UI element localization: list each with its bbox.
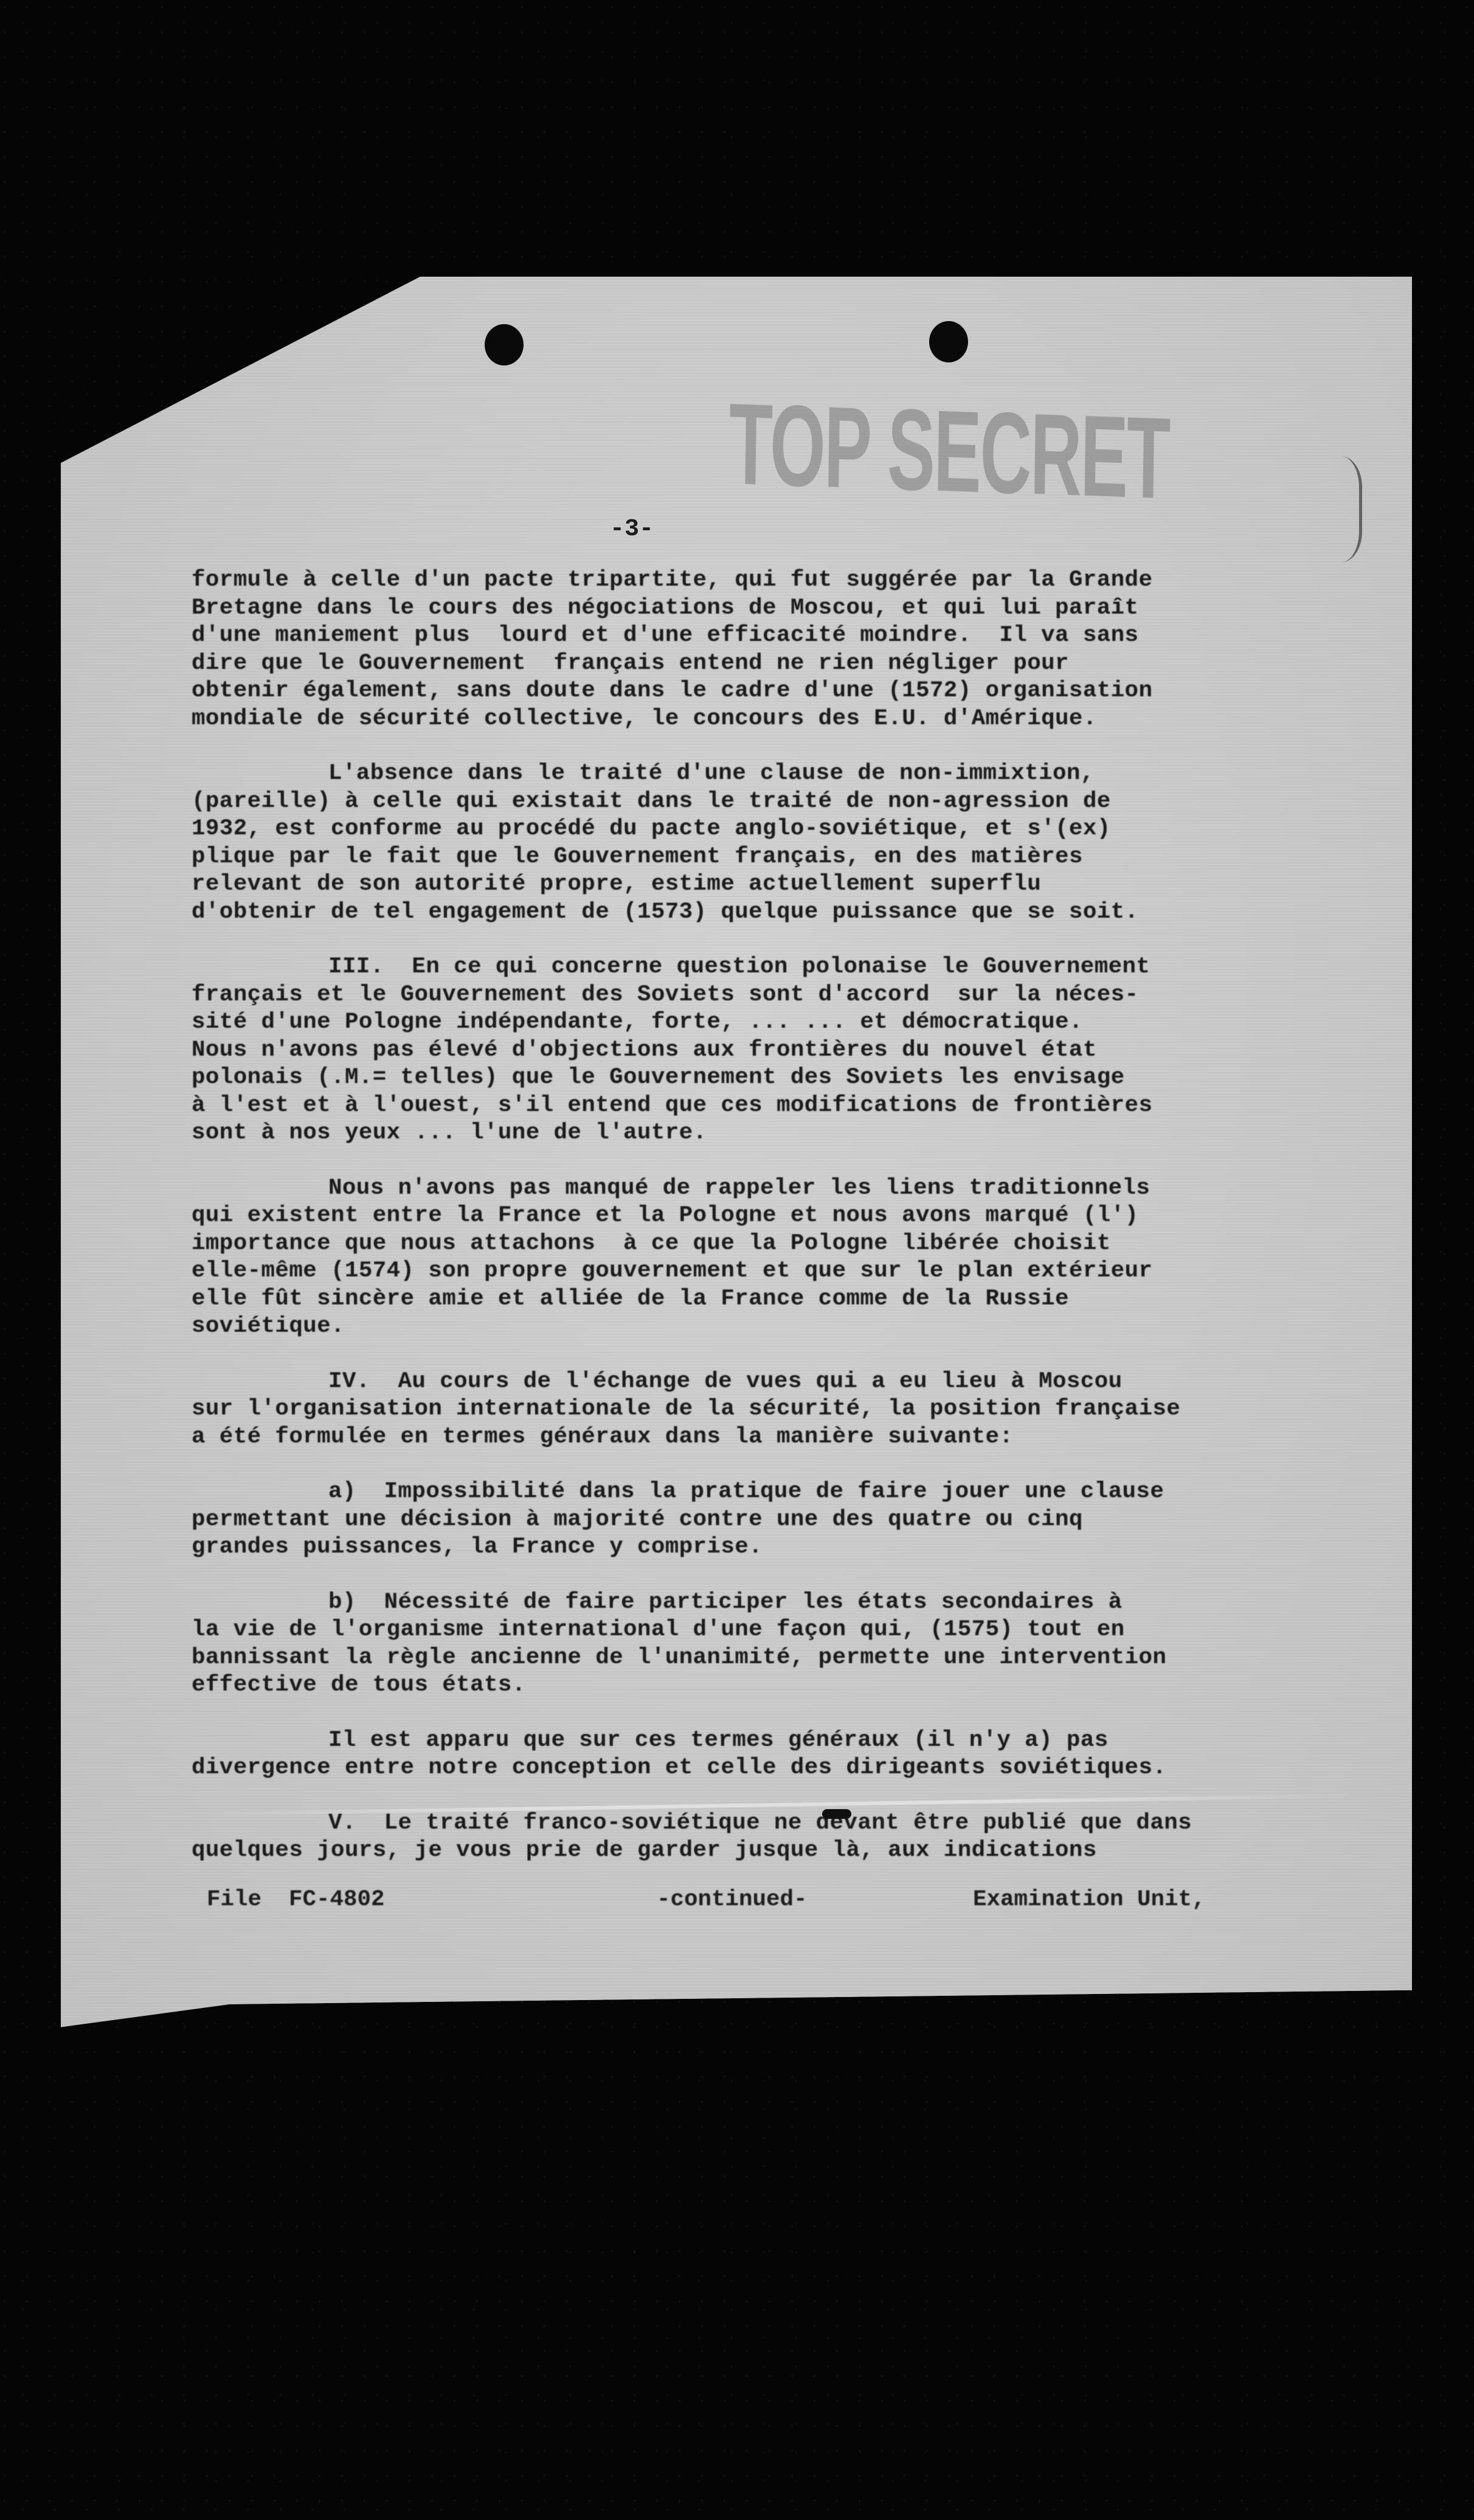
text-line: plique par le fait que le Gouvernement f…: [192, 843, 1383, 871]
document-footer: File FC-4802 -continued- Examination Uni…: [207, 1887, 1362, 2015]
paragraph-section-IV: IV. Au cours de l'échange de vues qui a …: [192, 1368, 1383, 1452]
text-line: IV. Au cours de l'échange de vues qui a …: [192, 1368, 1383, 1396]
text-line: relevant de son autorité propre, estime …: [192, 871, 1383, 899]
text-line: français et le Gouvernement des Soviets …: [192, 981, 1383, 1009]
paragraph-non-immixtion: L'absence dans le traité d'une clause de…: [192, 760, 1383, 926]
paragraph-continuation: formule à celle d'un pacte tripartite, q…: [192, 567, 1383, 733]
text-line: obtenir également, sans doute dans le ca…: [192, 677, 1383, 705]
text-line: qui existent entre la France et la Polog…: [192, 1202, 1383, 1230]
text-line: Nous n'avons pas manqué de rappeler les …: [192, 1175, 1383, 1203]
text-line: effective de tous états.: [192, 1672, 1383, 1700]
paragraph-section-III: III. En ce qui concerne question polonai…: [192, 954, 1383, 1147]
text-line: divergence entre notre conception et cel…: [192, 1754, 1383, 1782]
text-line: dire que le Gouvernement français entend…: [192, 650, 1383, 678]
text-line: d'obtenir de tel engagement de (1573) qu…: [192, 899, 1383, 927]
text-line: elle fût sincère amie et alliée de la Fr…: [192, 1286, 1383, 1314]
text-line: elle-même (1574) son propre gouvernement…: [192, 1258, 1383, 1286]
examination-unit: Examination Unit,: [973, 1887, 1206, 1912]
paragraph-item-b: b) Nécessité de faire participer les éta…: [192, 1589, 1383, 1700]
text-line: bannissant la règle ancienne de l'unanim…: [192, 1644, 1383, 1672]
text-line: Nous n'avons pas élevé d'objections aux …: [192, 1037, 1383, 1065]
text-line: a) Impossibilité dans la pratique de fai…: [192, 1478, 1383, 1506]
file-label: File: [207, 1887, 261, 1912]
paragraph-section-V: V. Le traité franco-soviétique ne devant…: [192, 1810, 1383, 1865]
text-line: V. Le traité franco-soviétique ne devant…: [192, 1810, 1383, 1838]
text-line: formule à celle d'un pacte tripartite, q…: [192, 567, 1383, 595]
classification-stamp: TOP SECRET: [728, 386, 1170, 516]
text-line: sur l'organisation internationale de la …: [192, 1396, 1383, 1424]
text-line: polonais (.M.= telles) que le Gouverneme…: [192, 1064, 1383, 1092]
paragraph-item-a: a) Impossibilité dans la pratique de fai…: [192, 1478, 1383, 1562]
text-line: importance que nous attachons à ce que l…: [192, 1230, 1383, 1258]
text-line: a été formulée en termes généraux dans l…: [192, 1424, 1383, 1452]
text-line: L'absence dans le traité d'une clause de…: [192, 760, 1383, 788]
margin-bracket-mark: [1341, 456, 1362, 562]
file-number: FC-4802: [289, 1887, 385, 1912]
text-line: d'une maniement plus lourd et d'une effi…: [192, 622, 1383, 650]
page-number: -3-: [610, 516, 654, 543]
text-line: la vie de l'organisme international d'un…: [192, 1616, 1383, 1644]
text-line: à l'est et à l'ouest, s'il entend que ce…: [192, 1092, 1383, 1120]
text-line: Il est apparu que sur ces termes générau…: [192, 1727, 1383, 1755]
text-line: permettant une décision à majorité contr…: [192, 1506, 1383, 1534]
punch-hole-left: [485, 324, 524, 365]
text-line: mondiale de sécurité collective, le conc…: [192, 705, 1383, 733]
ink-blot: [822, 1809, 851, 1819]
text-line: Bretagne dans le cours des négociations …: [192, 595, 1383, 623]
text-line: sité d'une Pologne indépendante, forte, …: [192, 1009, 1383, 1037]
continued-marker: -continued-: [657, 1887, 808, 1912]
paragraph-liens-traditionnels: Nous n'avons pas manqué de rappeler les …: [192, 1175, 1383, 1341]
text-line: (pareille) à celle qui existait dans le …: [192, 788, 1383, 816]
text-line: soviétique.: [192, 1313, 1383, 1341]
document-body: formule à celle d'un pacte tripartite, q…: [192, 567, 1383, 1892]
text-line: b) Nécessité de faire participer les éta…: [192, 1589, 1383, 1617]
paragraph-divergence: Il est apparu que sur ces termes générau…: [192, 1727, 1383, 1782]
text-line: 1932, est conforme au procédé du pacte a…: [192, 815, 1383, 843]
text-line: sont à nos yeux ... l'une de l'autre.: [192, 1120, 1383, 1147]
text-line: quelques jours, je vous prie de garder j…: [192, 1837, 1383, 1865]
punch-hole-right: [929, 321, 968, 362]
text-line: grandes puissances, la France y comprise…: [192, 1534, 1383, 1562]
text-line: III. En ce qui concerne question polonai…: [192, 954, 1383, 981]
